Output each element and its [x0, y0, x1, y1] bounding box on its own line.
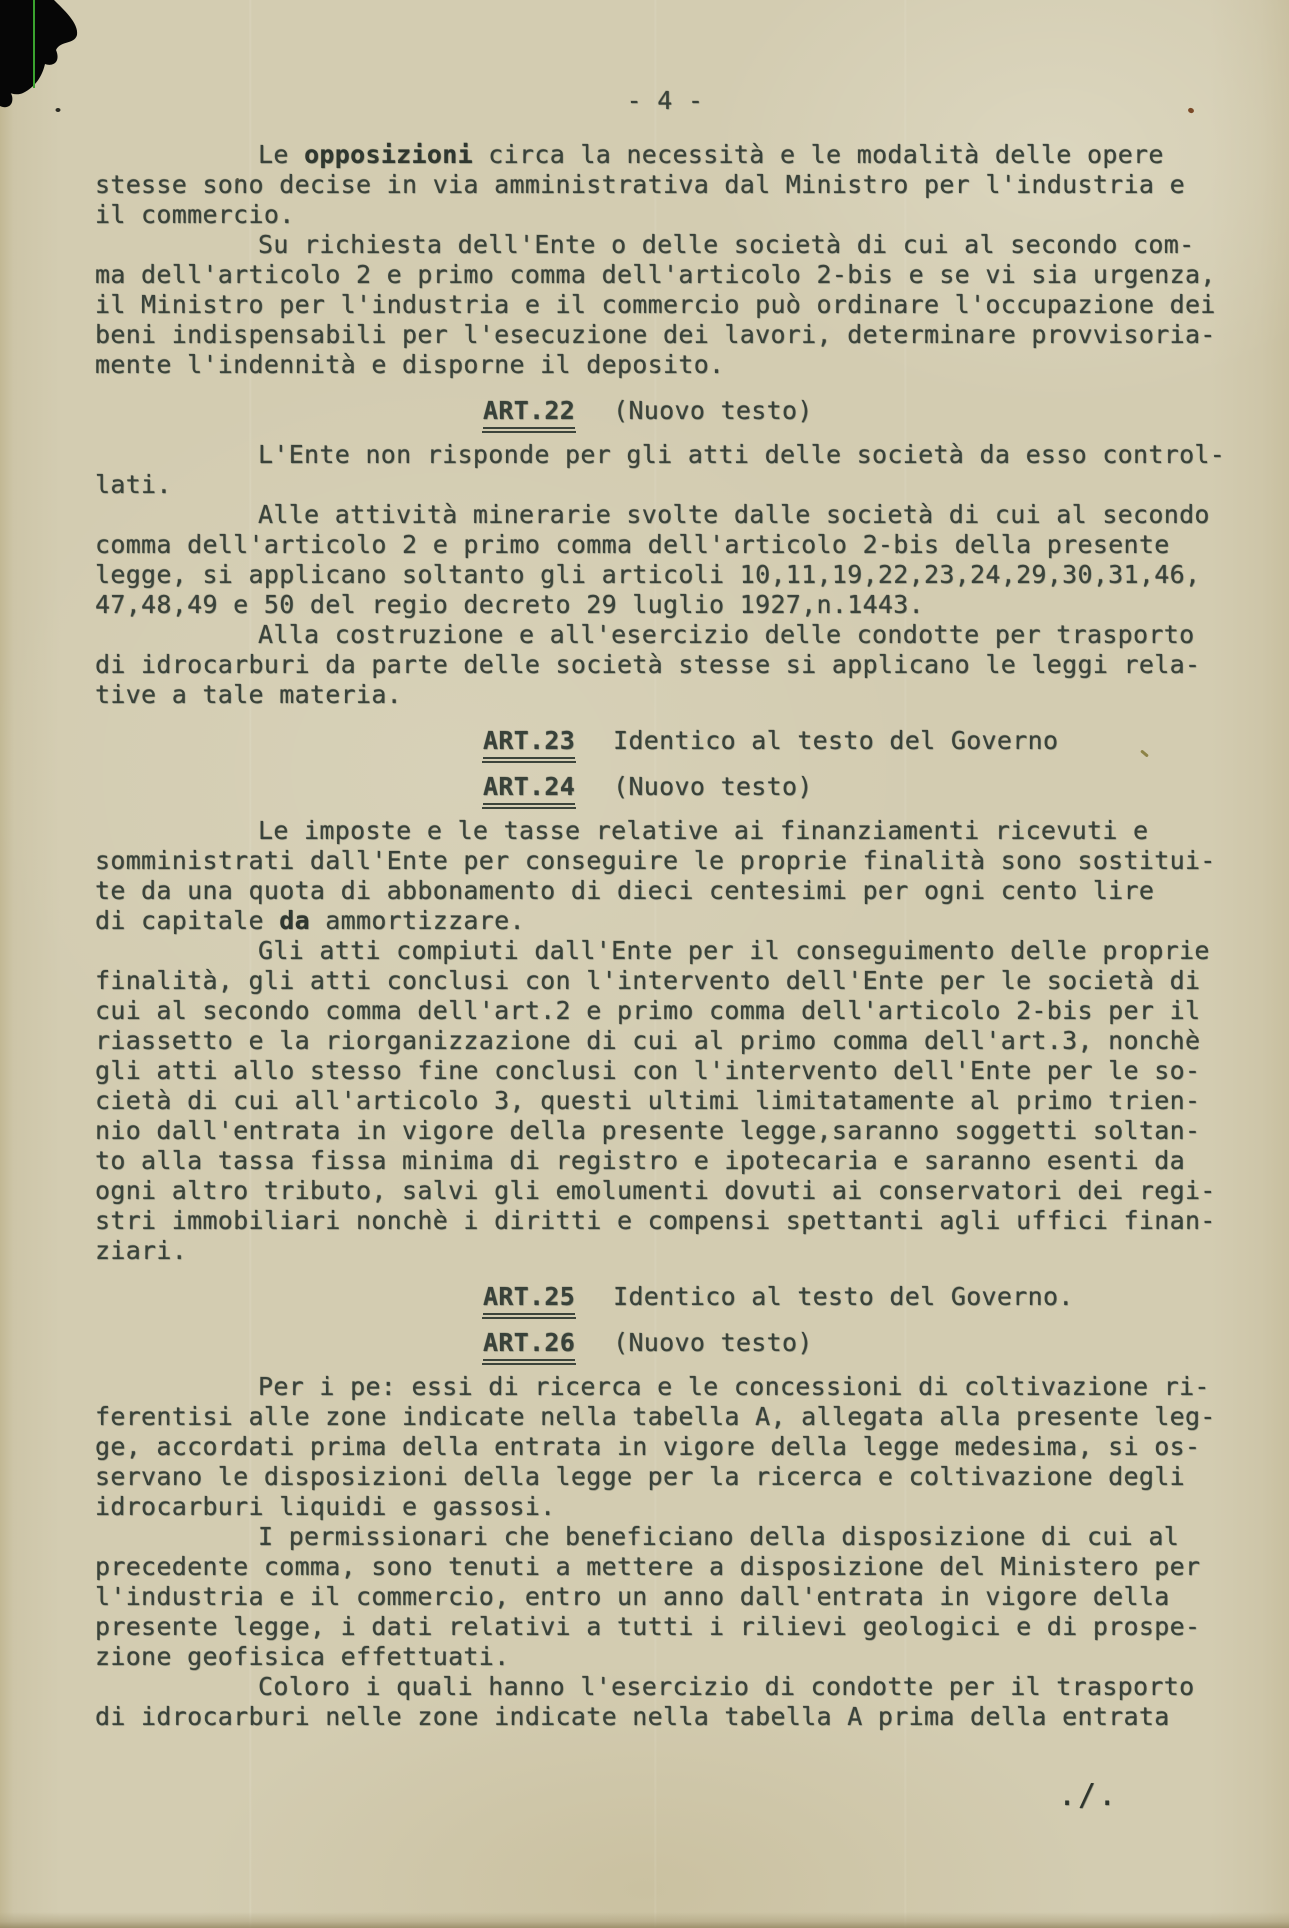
text-line: stri immobiliari nonchè i diritti e comp… [95, 1206, 1235, 1236]
text-line: te da una quota di abbonamento di dieci … [95, 876, 1235, 906]
article-heading-text: (Nuovo testo) [613, 396, 813, 425]
text-line: Su richiesta dell'Ente o delle società d… [95, 230, 1235, 260]
text-line: Gli atti compiuti dall'Ente per il conse… [95, 936, 1235, 966]
article-heading: ART.25Identico al testo del Governo. [483, 1282, 1235, 1312]
text-line: cui al secondo comma dell'art.2 e primo … [95, 996, 1235, 1026]
text-line: to alla tassa fissa minima di registro e… [95, 1146, 1235, 1176]
text-line: lati. [95, 470, 1235, 500]
text-line: riassetto e la riorganizzazione di cui a… [95, 1026, 1235, 1056]
article-number: ART.24 [483, 772, 575, 805]
text-line: finalità, gli atti conclusi con l'interv… [95, 966, 1235, 996]
paragraph: Alle attività minerarie svolte dalle soc… [95, 500, 1235, 620]
text-line: beni indispensabili per l'esecuzione dei… [95, 320, 1235, 350]
article-heading: ART.26(Nuovo testo) [483, 1328, 1235, 1358]
article-heading-text: (Nuovo testo) [613, 1328, 813, 1357]
text-line: comma dell'articolo 2 e primo comma dell… [95, 530, 1235, 560]
article-heading: ART.23Identico al testo del Governo [483, 726, 1235, 756]
paper-speck [236, 178, 239, 182]
article-heading-text: Identico al testo del Governo. [613, 1282, 1074, 1311]
text-line: 47,48,49 e 50 del regio decreto 29 lugli… [95, 590, 1235, 620]
article-heading: ART.24(Nuovo testo) [483, 772, 1235, 802]
scanner-artifact-line [33, 0, 35, 88]
paragraph: Su richiesta dell'Ente o delle società d… [95, 230, 1235, 380]
text-line: Le opposizioni circa la necessità e le m… [95, 140, 1235, 170]
text-line: di idrocarburi nelle zone indicate nella… [95, 1702, 1235, 1732]
paragraph: L'Ente non risponde per gli atti delle s… [95, 440, 1235, 500]
article-number: ART.26 [483, 1328, 575, 1361]
text-line: Alle attività minerarie svolte dalle soc… [95, 500, 1235, 530]
paragraph: Coloro i quali hanno l'esercizio di cond… [95, 1672, 1235, 1732]
article-heading: ART.22(Nuovo testo) [483, 396, 1235, 426]
text-line: il commercio. [95, 200, 1235, 230]
text-line: somministrati dall'Ente per conseguire l… [95, 846, 1235, 876]
text-line: ferentisi alle zone indicate nella tabel… [95, 1402, 1235, 1432]
paragraph: Alla costruzione e all'esercizio delle c… [95, 620, 1235, 710]
text-line: di capitale da ammortizzare. [95, 906, 1235, 936]
text-line: idrocarburi liquidi e gassosi. [95, 1492, 1235, 1522]
text-line: il Ministro per l'industria e il commerc… [95, 290, 1235, 320]
text-line: servano le disposizioni della legge per … [95, 1462, 1235, 1492]
scanned-document-page: { "page": { "number_label": "- 4 -", "co… [0, 0, 1289, 1928]
paragraph: Le opposizioni circa la necessità e le m… [95, 140, 1235, 230]
text-line: I permissionari che beneficiano della di… [95, 1522, 1235, 1552]
ink-blot-icon [0, 0, 96, 118]
text-line: ogni altro tributo, salvi gli emolumenti… [95, 1176, 1235, 1206]
text-line: mente l'indennità e disporne il deposito… [95, 350, 1235, 380]
paragraph: Per i pe: essi di ricerca e le concessio… [95, 1372, 1235, 1522]
text-line: cietà di cui all'articolo 3, questi ulti… [95, 1086, 1235, 1116]
text-line: di idrocarburi da parte delle società st… [95, 650, 1235, 680]
text-line: l'industria e il commercio, entro un ann… [95, 1582, 1235, 1612]
continuation-mark: ./. [1058, 1778, 1118, 1813]
article-heading-text: Identico al testo del Governo [613, 726, 1058, 755]
text-line: presente legge, i dati relativi a tutti … [95, 1612, 1235, 1642]
text-line: L'Ente non risponde per gli atti delle s… [95, 440, 1235, 470]
document-body: Le opposizioni circa la necessità e le m… [95, 140, 1235, 1732]
article-number: ART.22 [483, 396, 575, 429]
paragraph: I permissionari che beneficiano della di… [95, 1522, 1235, 1672]
text-line: zione geofisica effettuati. [95, 1642, 1235, 1672]
article-number: ART.25 [483, 1282, 575, 1315]
text-line: legge, si applicano soltanto gli articol… [95, 560, 1235, 590]
article-number: ART.23 [483, 726, 575, 759]
text-line: ziari. [95, 1236, 1235, 1266]
paragraph: Le imposte e le tasse relative ai finanz… [95, 816, 1235, 936]
text-line: precedente comma, sono tenuti a mettere … [95, 1552, 1235, 1582]
article-heading-text: (Nuovo testo) [613, 772, 813, 801]
text-line: Per i pe: essi di ricerca e le concessio… [95, 1372, 1235, 1402]
paragraph: Gli atti compiuti dall'Ente per il conse… [95, 936, 1235, 1266]
text-line: tive a tale materia. [95, 680, 1235, 710]
text-line: Le imposte e le tasse relative ai finanz… [95, 816, 1235, 846]
text-line: Coloro i quali hanno l'esercizio di cond… [95, 1672, 1235, 1702]
page-number: - 4 - [95, 86, 1235, 116]
text-line: gli atti allo stesso fine conclusi con l… [95, 1056, 1235, 1086]
text-line: ge, accordati prima della entrata in vig… [95, 1432, 1235, 1462]
page-bottom-edge [0, 1912, 1289, 1928]
text-line: Alla costruzione e all'esercizio delle c… [95, 620, 1235, 650]
text-line: stesse sono decise in via amministrativa… [95, 170, 1235, 200]
document-page: - 4 - Le opposizioni circa la necessità … [95, 86, 1235, 1732]
text-line: nio dall'entrata in vigore della present… [95, 1116, 1235, 1146]
text-line: ma dell'articolo 2 e primo comma dell'ar… [95, 260, 1235, 290]
